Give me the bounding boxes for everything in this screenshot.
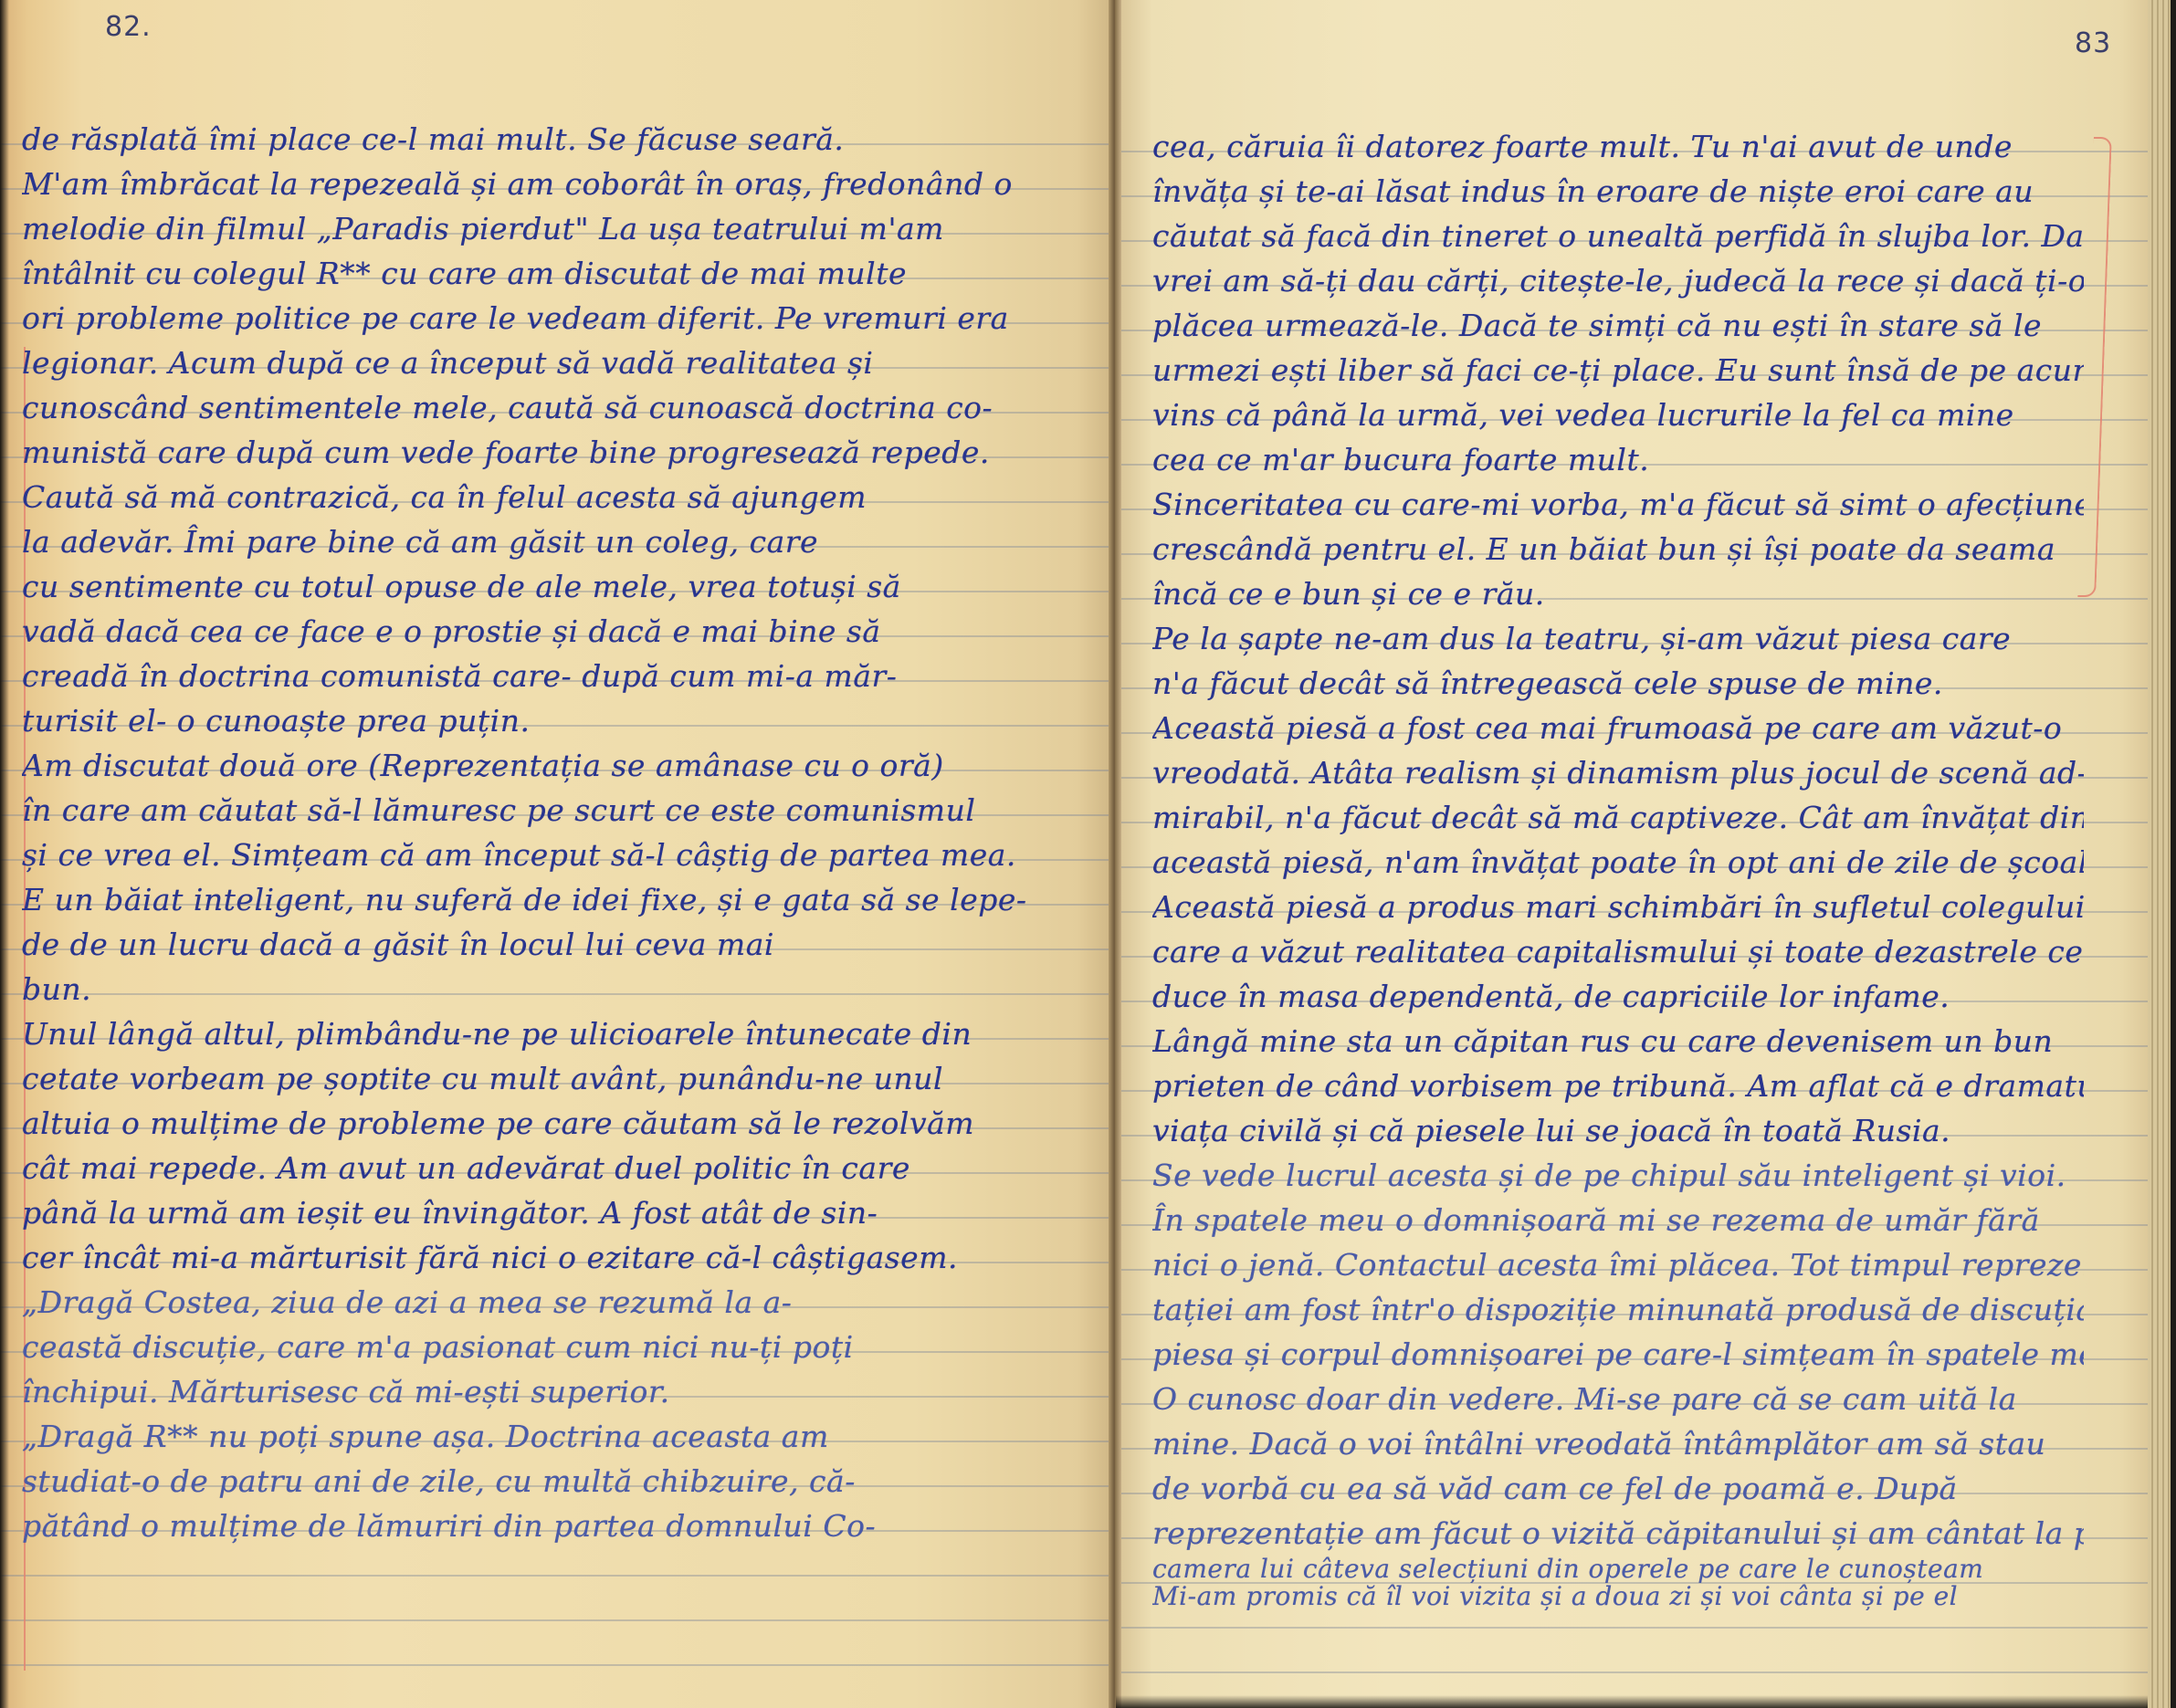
- text-line: vreodată. Atâta realism și dinamism plus…: [1152, 750, 2084, 795]
- bottom-edge-shadow: [1116, 1695, 2148, 1708]
- text-line: Unul lângă altul, plimbându-ne pe ulicio…: [22, 1011, 1079, 1056]
- text-line: învăța și te-ai lăsat indus în eroare de…: [1152, 169, 2084, 214]
- text-line: „Dragă Costea, ziua de azi a mea se rezu…: [22, 1280, 1079, 1325]
- text-line: această piesă, n'am învățat poate în opt…: [1152, 840, 2084, 885]
- text-line: tației am fost într'o dispoziție minunat…: [1152, 1287, 2084, 1332]
- text-line: creadă în doctrina comunistă care- după …: [22, 654, 1079, 698]
- footer-text-line: camera lui câteva selecțiuni din operele…: [1152, 1556, 2084, 1583]
- text-line: mirabil, n'a făcut decât să mă captiveze…: [1152, 795, 2084, 840]
- text-line: O cunosc doar din vedere. Mi-se pare că …: [1152, 1377, 2084, 1421]
- text-line: vrei am să-ți dau cărți, citește-le, jud…: [1152, 258, 2084, 303]
- text-line: ori probleme politice pe care le vedeam …: [22, 296, 1079, 341]
- text-line: n'a făcut decât să întregească cele spus…: [1152, 661, 2084, 706]
- left-page: 82. de răsplată îmi place ce-l mai mult.…: [0, 0, 1116, 1708]
- text-line: plăcea urmează-le. Dacă te simți că nu e…: [1152, 303, 2084, 348]
- text-line: reprezentație am făcut o vizită căpitanu…: [1152, 1511, 2084, 1556]
- text-line: Caută să mă contrazică, ca în felul aces…: [22, 475, 1079, 519]
- text-line: cu sentimente cu totul opuse de ale mele…: [22, 564, 1079, 609]
- text-line: bun.: [22, 967, 1079, 1011]
- text-line: cea ce m'ar bucura foarte mult.: [1152, 437, 2084, 482]
- text-line: și ce vrea el. Simțeam că am început să-…: [22, 833, 1079, 877]
- text-line: cea, căruia îi datorez foarte mult. Tu n…: [1152, 124, 2084, 169]
- text-line: Lângă mine sta un căpitan rus cu care de…: [1152, 1019, 2084, 1064]
- text-line: „Dragă R** nu poți spune așa. Doctrina a…: [22, 1414, 1079, 1459]
- text-line: Am discutat două ore (Reprezentația se a…: [22, 743, 1079, 788]
- text-line: în care am căutat să-l lămuresc pe scurt…: [22, 788, 1079, 833]
- text-line: cer încât mi-a mărturisit fără nici o ez…: [22, 1235, 1079, 1280]
- text-line: de vorbă cu ea să văd cam ce fel de poam…: [1152, 1466, 2084, 1511]
- text-line: nici o jenă. Contactul acesta îmi plăcea…: [1152, 1242, 2084, 1287]
- text-line: turisit el- o cunoaște prea puțin.: [22, 698, 1079, 743]
- text-line: de răsplată îmi place ce-l mai mult. Se …: [22, 117, 1079, 162]
- text-line: crescândă pentru el. E un băiat bun și î…: [1152, 527, 2084, 571]
- text-line: întâlnit cu colegul R** cu care am discu…: [22, 251, 1079, 296]
- text-line: Această piesă a fost cea mai frumoasă pe…: [1152, 706, 2084, 750]
- handwritten-text-block: cea, căruia îi datorez foarte mult. Tu n…: [1152, 124, 2084, 1610]
- text-line: cetate vorbeam pe șoptite cu mult avânt,…: [22, 1056, 1079, 1101]
- text-line: încă ce e bun și ce e rău.: [1152, 571, 2084, 616]
- text-line-underlined: prieten de când vorbisem pe tribună. Am …: [1152, 1064, 2084, 1108]
- text-line: mine. Dacă o voi întâlni vreodată întâmp…: [1152, 1421, 2084, 1466]
- handwritten-text-block: de răsplată îmi place ce-l mai mult. Se …: [22, 117, 1079, 1548]
- text-line: altuia o mulțime de probleme pe care cău…: [22, 1101, 1079, 1146]
- text-line: M'am îmbrăcat la repezeală și am coborât…: [22, 162, 1079, 206]
- cover-edge-shadow: [0, 0, 9, 1708]
- text-line: vadă dacă cea ce face e o prostie și dac…: [22, 609, 1079, 654]
- text-line: vins că până la urmă, vei vedea lucruril…: [1152, 393, 2084, 437]
- text-line: munistă care după cum vede foarte bine p…: [22, 430, 1079, 475]
- notebook-spread: 82. de răsplată îmi place ce-l mai mult.…: [0, 0, 2176, 1708]
- page-number: 82.: [105, 11, 152, 43]
- text-line: duce în masa dependentă, de capriciile l…: [1152, 974, 2084, 1019]
- right-page: 83 cea, căruia îi datorez foarte mult. T…: [1116, 0, 2148, 1708]
- text-line: studiat-o de patru ani de zile, cu multă…: [22, 1459, 1079, 1504]
- footer-text-line: Mi-am promis că îl voi vizita și a doua …: [1152, 1583, 2084, 1610]
- text-line: legionar. Acum după ce a început să vadă…: [22, 341, 1079, 385]
- text-line: piesa și corpul domnișoarei pe care-l si…: [1152, 1332, 2084, 1377]
- text-line: ceastă discuție, care m'a pasionat cum n…: [22, 1325, 1079, 1369]
- page-stack-edge: [2148, 0, 2176, 1708]
- page-number: 83: [2075, 27, 2111, 59]
- text-line: care a văzut realitatea capitalismului ș…: [1152, 929, 2084, 974]
- text-line-underlined: viața civilă și că piesele lui se joacă …: [1152, 1108, 2084, 1153]
- text-line: În spatele meu o domnișoară mi se rezema…: [1152, 1198, 2084, 1242]
- text-line: închipui. Mărturisesc că mi-ești superio…: [22, 1369, 1079, 1414]
- text-line: la adevăr. Îmi pare bine că am găsit un …: [22, 519, 1079, 564]
- text-line: Se vede lucrul acesta și de pe chipul să…: [1152, 1153, 2084, 1198]
- text-line: E un băiat inteligent, nu suferă de idei…: [22, 877, 1079, 922]
- text-line: căutat să facă din tineret o unealtă per…: [1152, 214, 2084, 258]
- text-line: pătând o mulțime de lămuriri din partea …: [22, 1504, 1079, 1548]
- text-line: melodie din filmul „Paradis pierdut" La …: [22, 206, 1079, 251]
- text-line: Sinceritatea cu care-mi vorba, m'a făcut…: [1152, 482, 2084, 527]
- text-line: cât mai repede. Am avut un adevărat duel…: [22, 1146, 1079, 1190]
- text-line: urmezi ești liber să faci ce-ți place. E…: [1152, 348, 2084, 393]
- notebook-spine: [1109, 0, 1121, 1708]
- text-line: de de un lucru dacă a găsit în locul lui…: [22, 922, 1079, 967]
- text-line: Pe la șapte ne-am dus la teatru, și-am v…: [1152, 616, 2084, 661]
- text-line: cunoscând sentimentele mele, caută să cu…: [22, 385, 1079, 430]
- text-line: Această piesă a produs mari schimbări în…: [1152, 885, 2084, 929]
- text-line: până la urmă am ieșit eu învingător. A f…: [22, 1190, 1079, 1235]
